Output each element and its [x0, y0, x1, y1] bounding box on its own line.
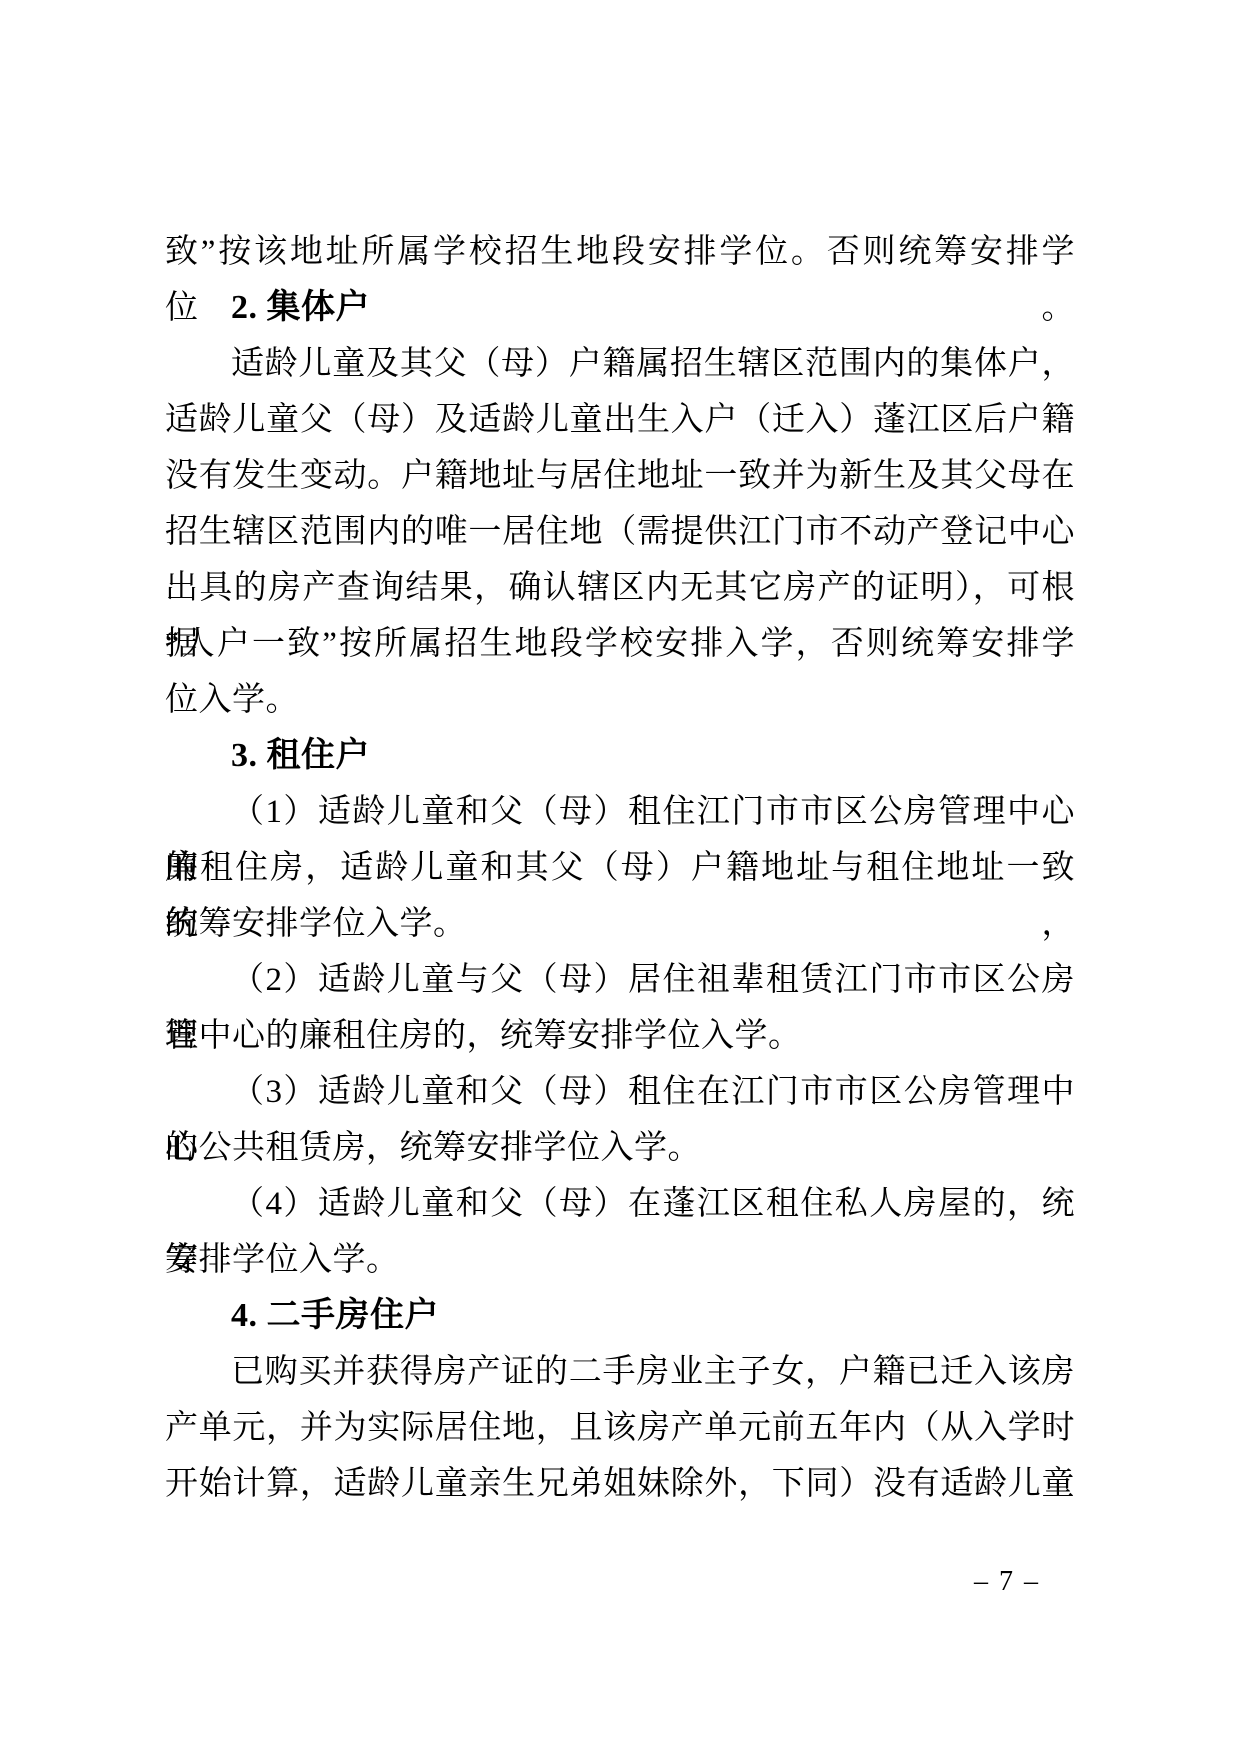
text-line: 招生辖区范围内的唯一居住地（需提供江门市不动产登记中心: [165, 504, 1075, 560]
text-line: 出具的房产查询结果，确认辖区内无其它房产的证明），可根据: [165, 560, 1075, 616]
text-line: 安排学位入学。: [165, 1232, 1075, 1288]
text-line: （2）适龄儿童与父（母）居住祖辈租赁江门市市区公房管: [165, 952, 1075, 1008]
text-line: 产单元，并为实际居住地，且该房产单元前五年内（从入学时: [165, 1400, 1075, 1456]
section-heading-4: 4. 二手房住户: [165, 1288, 1075, 1344]
text-line: 已购买并获得房产证的二手房业主子女，户籍已迁入该房: [165, 1344, 1075, 1400]
text-line: 廉租住房，适龄儿童和其父（母）户籍地址与租住地址一致的，: [165, 840, 1075, 896]
text-line: 适龄儿童父（母）及适龄儿童出生入户（迁入）蓬江区后户籍: [165, 392, 1075, 448]
page-number: – 7 –: [974, 1562, 1040, 1602]
section-heading-3: 3. 租住户: [165, 728, 1075, 784]
text-line: 理中心的廉租住房的，统筹安排学位入学。: [165, 1008, 1075, 1064]
text-line: 适龄儿童及其父（母）户籍属招生辖区范围内的集体户，: [165, 336, 1075, 392]
document-page: 致”按该地址所属学校招生地段安排学位。否则统筹安排学位。 2. 集体户 适龄儿童…: [0, 0, 1240, 1754]
text-line: 位入学。: [165, 672, 1075, 728]
document-body: 致”按该地址所属学校招生地段安排学位。否则统筹安排学位。 2. 集体户 适龄儿童…: [165, 224, 1075, 1512]
text-line: “人户一致”按所属招生地段学校安排入学，否则统筹安排学: [165, 616, 1075, 672]
text-line: （4）适龄儿童和父（母）在蓬江区租住私人房屋的，统筹: [165, 1176, 1075, 1232]
text-line: 的公共租赁房，统筹安排学位入学。: [165, 1120, 1075, 1176]
text-line: （3）适龄儿童和父（母）租住在江门市市区公房管理中心: [165, 1064, 1075, 1120]
text-line: 开始计算，适龄儿童亲生兄弟姐妹除外，下同）没有适龄儿童: [165, 1456, 1075, 1512]
text-line: 致”按该地址所属学校招生地段安排学位。否则统筹安排学位。: [165, 224, 1075, 280]
text-line: 没有发生变动。户籍地址与居住地址一致并为新生及其父母在: [165, 448, 1075, 504]
text-line: （1）适龄儿童和父（母）租住江门市市区公房管理中心的: [165, 784, 1075, 840]
